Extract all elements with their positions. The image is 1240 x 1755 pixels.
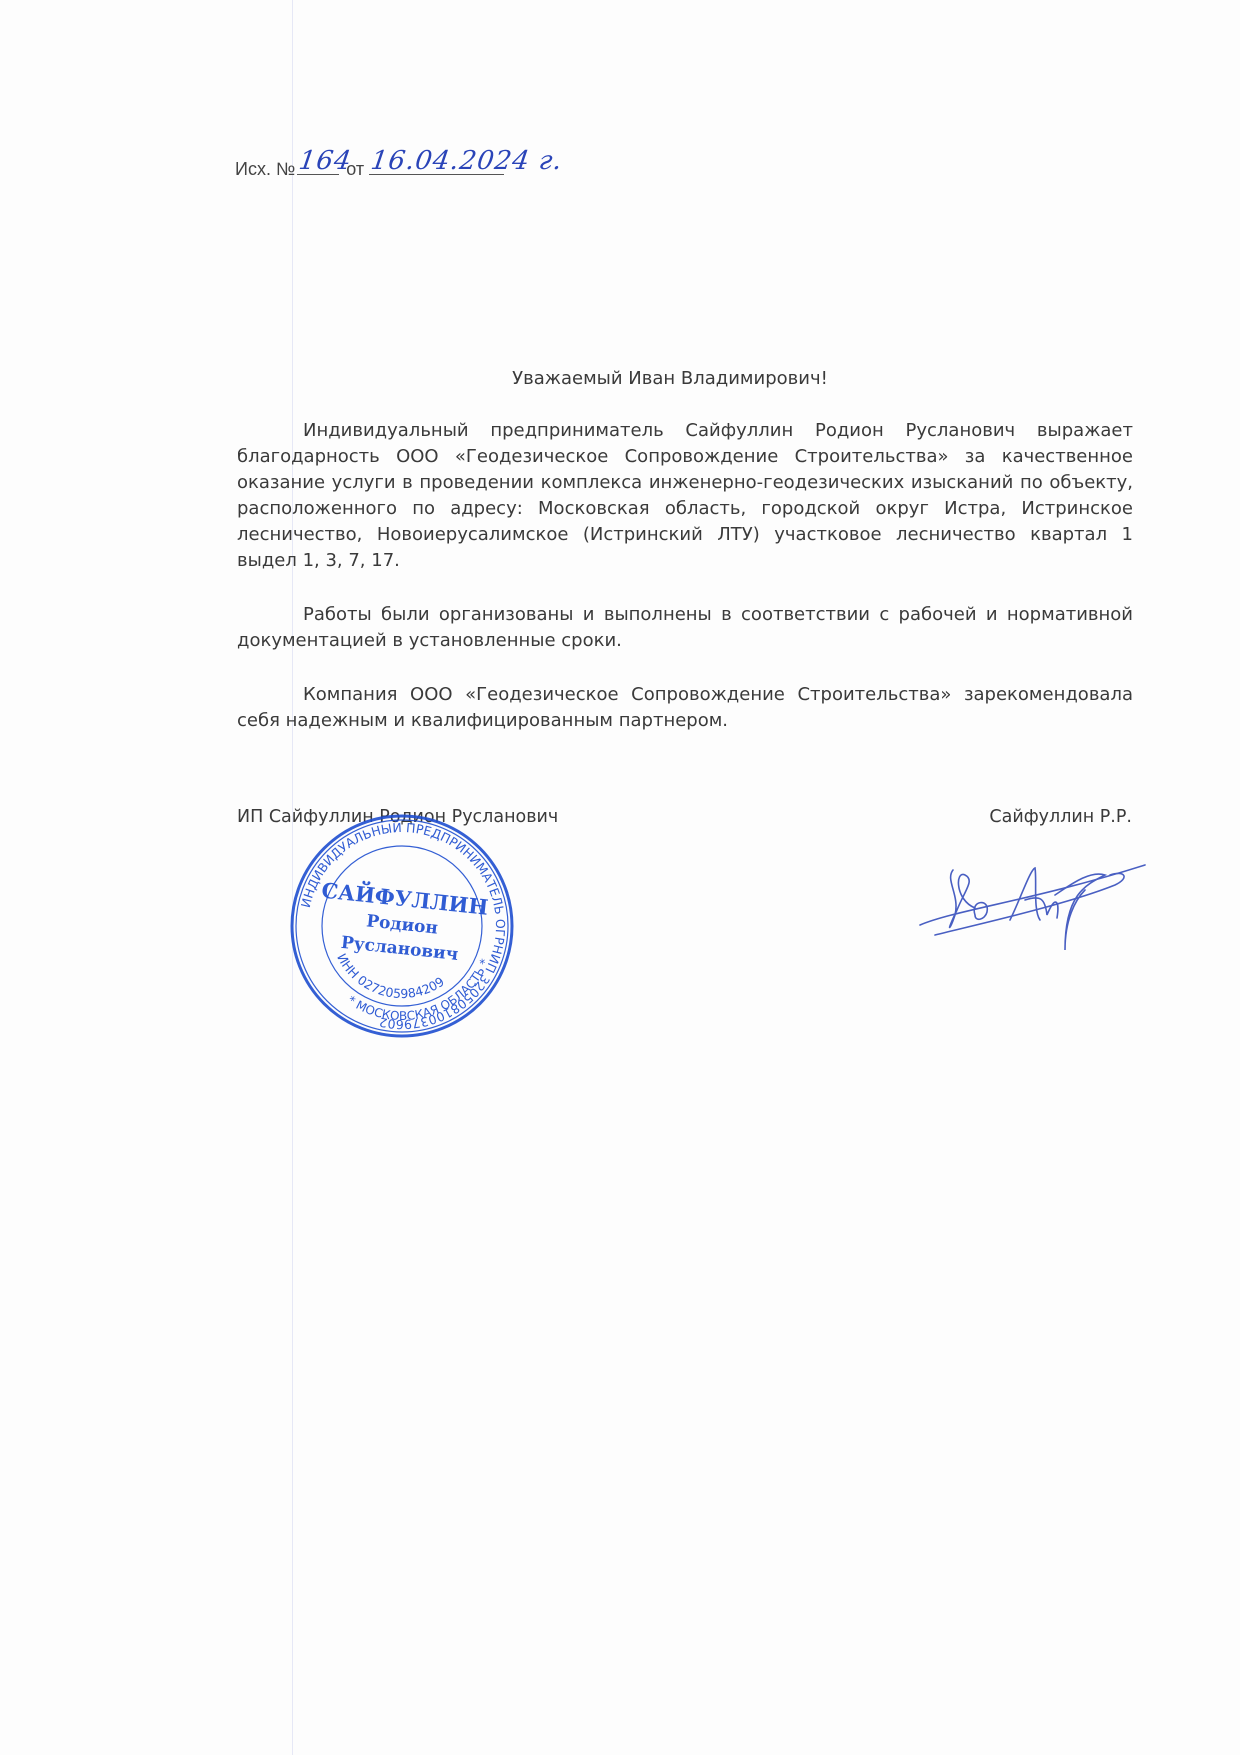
- handwritten-signature-icon: [915, 840, 1155, 960]
- stamp-surname: САЙФУЛЛИН: [320, 876, 489, 919]
- outgoing-label: Исх. №: [235, 159, 295, 179]
- paragraph-works: Работы были организованы и выполнены в с…: [237, 602, 1133, 654]
- outgoing-reference: Исх. №164 от16.04.2024 г.: [235, 154, 504, 180]
- stamp-patronymic: Русланович: [340, 933, 459, 965]
- outgoing-number: 164: [297, 146, 354, 176]
- paragraph-recommendation: Компания ООО «Геодезическое Сопровождени…: [237, 682, 1133, 734]
- seal-stamp-icon: ИНДИВИДУАЛЬНЫЙ ПРЕДПРИНИМАТЕЛЬ ОГРНИП 32…: [288, 812, 516, 1040]
- paragraph-gratitude: Индивидуальный предприниматель Сайфуллин…: [237, 418, 1133, 574]
- stamp-first-name: Родион: [365, 911, 439, 938]
- greeting: Уважаемый Иван Владимирович!: [0, 368, 1240, 389]
- outgoing-number-field: 164: [297, 154, 339, 175]
- date-value: 16.04.2024 г.: [369, 146, 565, 176]
- date-field: 16.04.2024 г.: [369, 154, 504, 175]
- letter-body: Индивидуальный предприниматель Сайфуллин…: [237, 418, 1133, 762]
- signatory-name: Сайфуллин Р.Р.: [989, 807, 1132, 827]
